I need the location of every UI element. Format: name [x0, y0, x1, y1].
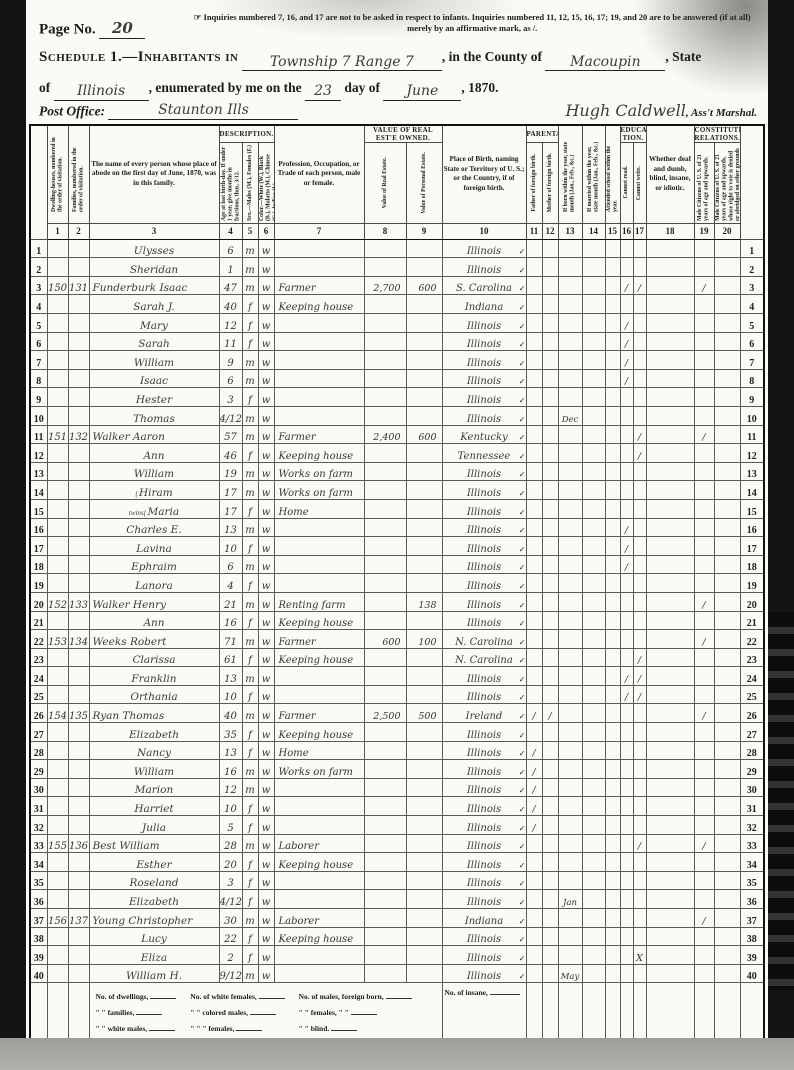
row-number-header-left: [30, 125, 47, 240]
table-row: 19Lanora4fwIllinois✓19: [30, 574, 764, 593]
cell-real-estate-value: 2,500: [364, 704, 406, 723]
cell-personal-estate-value: [406, 778, 442, 797]
cell-family-number: [68, 499, 89, 518]
cell-name: Elizabeth: [89, 723, 219, 742]
cell-mother-foreign-mark: [542, 425, 558, 444]
row-number-right: 37: [740, 909, 764, 928]
cell-sex: m: [242, 834, 258, 853]
cell-birth-month: [558, 276, 582, 295]
tally-check-icon: ✓: [519, 805, 526, 814]
cell-occupation: [274, 778, 364, 797]
cell-occupation: Keeping house: [274, 723, 364, 742]
tally-grid: No. of dwellings, " " families, " " whit…: [89, 983, 442, 1039]
cell-personal-estate-value: [406, 685, 442, 704]
cell-personal-estate-value: [406, 406, 442, 425]
row-number-left: 21: [30, 611, 47, 630]
cell-family-number: [68, 314, 89, 333]
cell-occupation: [274, 388, 364, 407]
cell-deaf-dumb: [646, 537, 694, 556]
cell-vote-denied-mark: [714, 425, 740, 444]
table-row: 39Eliza2fwIllinois✓X39: [30, 946, 764, 965]
cell-dwelling-number: [47, 499, 68, 518]
cell-citizen-mark: [694, 611, 714, 630]
cell-family-number: [68, 481, 89, 500]
cell-cannot-read-mark: [620, 648, 633, 667]
row-number-left: 28: [30, 741, 47, 760]
cell-father-foreign-mark: [526, 388, 542, 407]
cell-dwelling-number: [47, 816, 68, 835]
cell-citizen-mark: [694, 555, 714, 574]
cell-cannot-write-mark: [633, 332, 646, 351]
cell-deaf-dumb: [646, 797, 694, 816]
tally-check-icon: ✓: [519, 861, 526, 870]
cell-real-estate-value: [364, 611, 406, 630]
row-number-right: 15: [740, 499, 764, 518]
cell-married-month: [582, 518, 605, 537]
cell-cannot-write-mark: [633, 964, 646, 983]
cell-citizen-mark: [694, 741, 714, 760]
cell-birth-month: [558, 797, 582, 816]
cell-age: 61: [219, 648, 242, 667]
cell-personal-estate-value: [406, 388, 442, 407]
cell-deaf-dumb: [646, 816, 694, 835]
row-number-left: 4: [30, 295, 47, 314]
cell-birth-month: [558, 853, 582, 872]
cell-name: Elizabeth: [89, 890, 219, 909]
tally-check-icon: ✓: [519, 377, 526, 386]
cell-birth-month: [558, 369, 582, 388]
cell-birth-month: [558, 871, 582, 890]
cell-real-estate-value: [364, 909, 406, 928]
cell-mother-foreign-mark: [542, 537, 558, 556]
cell-birth-month: [558, 704, 582, 723]
cell-cannot-read-mark: /: [620, 314, 633, 333]
cell-family-number: [68, 537, 89, 556]
cell-sex: f: [242, 295, 258, 314]
cell-family-number: [68, 351, 89, 370]
cell-color: w: [258, 741, 274, 760]
group-education: EDUCA-TION.: [620, 125, 646, 143]
cell-father-foreign-mark: [526, 518, 542, 537]
cell-dwelling-number: [47, 667, 68, 686]
col-age-header: Age at last birth-day. If under 1 year, …: [219, 142, 242, 223]
row-number-right: 26: [740, 704, 764, 723]
cell-cannot-write-mark: [633, 499, 646, 518]
cell-birth-month: [558, 258, 582, 277]
cell-sex: m: [242, 369, 258, 388]
cell-vote-denied-mark: [714, 406, 740, 425]
cell-occupation: [274, 555, 364, 574]
day-value: 23: [314, 83, 332, 99]
cell-mother-foreign-mark: [542, 890, 558, 909]
cell-sex: m: [242, 760, 258, 779]
cell-personal-estate-value: [406, 462, 442, 481]
cell-deaf-dumb: [646, 425, 694, 444]
column-number: 13: [558, 223, 582, 239]
cell-color: w: [258, 239, 274, 258]
cell-real-estate-value: [364, 481, 406, 500]
cell-cannot-write-mark: [633, 351, 646, 370]
cell-citizen-mark: [694, 406, 714, 425]
cell-birth-month: [558, 499, 582, 518]
cell-school-mark: [605, 964, 620, 983]
cell-real-estate-value: [364, 406, 406, 425]
row-number-right: 13: [740, 462, 764, 481]
cell-deaf-dumb: [646, 946, 694, 965]
cell-cannot-write-mark: [633, 481, 646, 500]
column-number: 14: [582, 223, 605, 239]
cell-school-mark: [605, 369, 620, 388]
cell-mother-foreign-mark: [542, 444, 558, 463]
footer-spacer: [542, 983, 558, 1039]
cell-age: 35: [219, 723, 242, 742]
cell-married-month: [582, 704, 605, 723]
cell-citizen-mark: [694, 648, 714, 667]
cell-birthplace: Illinois✓: [442, 518, 526, 537]
cell-real-estate-value: [364, 369, 406, 388]
column-number: 1: [47, 223, 68, 239]
cell-color: w: [258, 630, 274, 649]
cell-family-number: [68, 853, 89, 872]
cell-birthplace: N. Carolina✓: [442, 630, 526, 649]
row-number-right: 28: [740, 741, 764, 760]
cell-father-foreign-mark: [526, 462, 542, 481]
cell-sex: f: [242, 871, 258, 890]
cell-sex: f: [242, 648, 258, 667]
cell-birthplace: Indiana✓: [442, 295, 526, 314]
col-vote-denied-header: Male Citizens of U. S. of 21 years of ag…: [714, 142, 740, 223]
cell-deaf-dumb: [646, 890, 694, 909]
cell-real-estate-value: [364, 555, 406, 574]
cell-sex: f: [242, 574, 258, 593]
cell-personal-estate-value: [406, 648, 442, 667]
cell-color: w: [258, 927, 274, 946]
cell-citizen-mark: [694, 574, 714, 593]
cell-deaf-dumb: [646, 834, 694, 853]
cell-occupation: Keeping house: [274, 927, 364, 946]
cell-citizen-mark: [694, 314, 714, 333]
cell-school-mark: [605, 816, 620, 835]
table-row: 18Ephraim6mwIllinois✓/18: [30, 555, 764, 574]
cell-color: w: [258, 685, 274, 704]
cell-citizen-mark: [694, 537, 714, 556]
cell-personal-estate-value: [406, 518, 442, 537]
cell-married-month: [582, 797, 605, 816]
cell-dwelling-number: [47, 890, 68, 909]
row-number-left: 2: [30, 258, 47, 277]
row-number-right: 1: [740, 239, 764, 258]
column-number: 19: [694, 223, 714, 239]
cell-family-number: 136: [68, 834, 89, 853]
cell-cannot-read-mark: [620, 723, 633, 742]
cell-married-month: [582, 760, 605, 779]
row-number-left: 26: [30, 704, 47, 723]
cell-citizen-mark: [694, 295, 714, 314]
column-number: 5: [242, 223, 258, 239]
cell-age: 4/12: [219, 406, 242, 425]
table-row: 20152133Walker Henry21mwRenting farm138I…: [30, 592, 764, 611]
cell-name: Sarah: [89, 332, 219, 351]
table-row: 9Hester3fwIllinois✓9: [30, 388, 764, 407]
cell-deaf-dumb: [646, 481, 694, 500]
cell-color: w: [258, 778, 274, 797]
cell-deaf-dumb: [646, 704, 694, 723]
cell-deaf-dumb: [646, 927, 694, 946]
cell-deaf-dumb: [646, 964, 694, 983]
cell-birth-month: [558, 462, 582, 481]
cell-age: 3: [219, 388, 242, 407]
cell-mother-foreign-mark: [542, 481, 558, 500]
cell-name: Lucy: [89, 927, 219, 946]
cell-name: Roseland: [89, 871, 219, 890]
cell-married-month: [582, 890, 605, 909]
cell-father-foreign-mark: /: [526, 797, 542, 816]
row-number-right: 5: [740, 314, 764, 333]
cell-citizen-mark: /: [694, 630, 714, 649]
row-number-left: 9: [30, 388, 47, 407]
cell-school-mark: [605, 537, 620, 556]
column-number: 12: [542, 223, 558, 239]
cell-birth-month: [558, 760, 582, 779]
day-of-label: day of: [344, 80, 380, 95]
cell-personal-estate-value: [406, 444, 442, 463]
cell-occupation: Home: [274, 741, 364, 760]
cell-married-month: [582, 425, 605, 444]
cell-deaf-dumb: [646, 462, 694, 481]
cell-age: 6: [219, 555, 242, 574]
cell-sex: m: [242, 909, 258, 928]
cell-school-mark: [605, 704, 620, 723]
cell-mother-foreign-mark: [542, 927, 558, 946]
cell-occupation: [274, 871, 364, 890]
cell-occupation: Farmer: [274, 704, 364, 723]
cell-mother-foreign-mark: [542, 499, 558, 518]
cell-personal-estate-value: [406, 332, 442, 351]
cell-school-mark: [605, 667, 620, 686]
cell-name: William H.: [89, 964, 219, 983]
cell-family-number: [68, 332, 89, 351]
cell-cannot-write-mark: [633, 611, 646, 630]
cell-cannot-write-mark: [633, 388, 646, 407]
cell-birth-month: [558, 518, 582, 537]
cell-family-number: [68, 518, 89, 537]
column-number: 6: [258, 223, 274, 239]
cell-birth-month: [558, 537, 582, 556]
col-father-foreign-header: Father of foreign birth.: [526, 142, 542, 223]
cell-father-foreign-mark: [526, 964, 542, 983]
cell-married-month: [582, 871, 605, 890]
cell-age: 10: [219, 685, 242, 704]
cell-citizen-mark: [694, 760, 714, 779]
cell-mother-foreign-mark: [542, 592, 558, 611]
cell-deaf-dumb: [646, 574, 694, 593]
cell-color: w: [258, 462, 274, 481]
row-number-left: 27: [30, 723, 47, 742]
row-number-left: 7: [30, 351, 47, 370]
cell-name: Lavina: [89, 537, 219, 556]
cell-cannot-read-mark: [620, 853, 633, 872]
cell-deaf-dumb: [646, 444, 694, 463]
cell-personal-estate-value: [406, 314, 442, 333]
cell-cannot-read-mark: [620, 909, 633, 928]
cell-married-month: [582, 314, 605, 333]
cell-birthplace: Illinois✓: [442, 760, 526, 779]
table-header: Dwelling-houses, numbered in the order o…: [30, 125, 764, 240]
row-number-right: 18: [740, 555, 764, 574]
cell-dwelling-number: 152: [47, 592, 68, 611]
cell-cannot-read-mark: [620, 499, 633, 518]
footer-spacer: [558, 983, 582, 1039]
cell-personal-estate-value: 138: [406, 592, 442, 611]
cell-personal-estate-value: 100: [406, 630, 442, 649]
row-number-right: 30: [740, 778, 764, 797]
cell-married-month: [582, 723, 605, 742]
cell-sex: f: [242, 388, 258, 407]
cell-name: Ann: [89, 444, 219, 463]
cell-father-foreign-mark: [526, 314, 542, 333]
table-row: 34Esther20fwKeeping houseIllinois✓34: [30, 853, 764, 872]
cell-cannot-write-mark: [633, 741, 646, 760]
cell-father-foreign-mark: [526, 406, 542, 425]
cell-birthplace: Illinois✓: [442, 741, 526, 760]
cell-deaf-dumb: [646, 239, 694, 258]
row-number-right: 12: [740, 444, 764, 463]
cell-color: w: [258, 537, 274, 556]
cell-age: 6: [219, 369, 242, 388]
cell-vote-denied-mark: [714, 834, 740, 853]
cell-vote-denied-mark: [714, 388, 740, 407]
cell-cannot-read-mark: [620, 462, 633, 481]
cell-family-number: [68, 239, 89, 258]
cell-mother-foreign-mark: [542, 797, 558, 816]
cell-birthplace: Illinois✓: [442, 574, 526, 593]
col-personal-estate-header: Value of Personal Estate.: [406, 142, 442, 223]
cell-citizen-mark: [694, 444, 714, 463]
cell-dwelling-number: [47, 239, 68, 258]
cell-cannot-write-mark: [633, 592, 646, 611]
cell-birthplace: Illinois✓: [442, 778, 526, 797]
cell-cannot-write-mark: [633, 816, 646, 835]
cell-birthplace: Illinois✓: [442, 890, 526, 909]
cell-color: w: [258, 592, 274, 611]
cell-father-foreign-mark: /: [526, 741, 542, 760]
cell-birth-month: [558, 444, 582, 463]
cell-father-foreign-mark: [526, 481, 542, 500]
cell-deaf-dumb: [646, 630, 694, 649]
cell-personal-estate-value: [406, 239, 442, 258]
cell-married-month: [582, 295, 605, 314]
cell-color: w: [258, 909, 274, 928]
cell-deaf-dumb: [646, 295, 694, 314]
cell-deaf-dumb: [646, 388, 694, 407]
cell-personal-estate-value: [406, 611, 442, 630]
cell-deaf-dumb: [646, 741, 694, 760]
cell-dwelling-number: 156: [47, 909, 68, 928]
cell-citizen-mark: /: [694, 276, 714, 295]
cell-cannot-write-mark: [633, 723, 646, 742]
cell-family-number: [68, 406, 89, 425]
cell-deaf-dumb: [646, 258, 694, 277]
tally-check-icon: ✓: [519, 340, 526, 349]
cell-family-number: [68, 369, 89, 388]
cell-family-number: [68, 295, 89, 314]
cell-personal-estate-value: [406, 537, 442, 556]
cell-age: 20: [219, 853, 242, 872]
table-row: 27Elizabeth35fwKeeping houseIllinois✓27: [30, 723, 764, 742]
row-number-right: 33: [740, 834, 764, 853]
cell-cannot-read-mark: [620, 258, 633, 277]
cell-mother-foreign-mark: [542, 946, 558, 965]
cell-family-number: [68, 462, 89, 481]
cell-dwelling-number: [47, 778, 68, 797]
cell-dwelling-number: [47, 537, 68, 556]
row-number-left: 13: [30, 462, 47, 481]
cell-color: w: [258, 834, 274, 853]
tally-check-icon: ✓: [519, 749, 526, 758]
tally-check-icon: ✓: [519, 935, 526, 944]
cell-real-estate-value: [364, 723, 406, 742]
table-row: 16Charles E.13mwIllinois✓/16: [30, 518, 764, 537]
row-number-right: 21: [740, 611, 764, 630]
cell-birth-month: [558, 630, 582, 649]
table-row: 35Roseland3fwIllinois✓35: [30, 871, 764, 890]
cell-mother-foreign-mark: [542, 462, 558, 481]
cell-color: w: [258, 388, 274, 407]
cell-married-month: [582, 276, 605, 295]
cell-color: w: [258, 723, 274, 742]
table-row: 30Marion12mwIllinois✓/30: [30, 778, 764, 797]
col-married-month-header: If married within the year, state month …: [582, 125, 605, 224]
cell-cannot-read-mark: [620, 406, 633, 425]
cell-vote-denied-mark: [714, 946, 740, 965]
cell-name: Weeks Robert: [89, 630, 219, 649]
cell-sex: f: [242, 611, 258, 630]
cell-father-foreign-mark: [526, 258, 542, 277]
cell-vote-denied-mark: [714, 444, 740, 463]
cell-real-estate-value: [364, 648, 406, 667]
cell-father-foreign-mark: [526, 574, 542, 593]
cell-birthplace: Illinois✓: [442, 685, 526, 704]
cell-father-foreign-mark: [526, 369, 542, 388]
cell-school-mark: [605, 946, 620, 965]
cell-sex: f: [242, 685, 258, 704]
cell-father-foreign-mark: [526, 276, 542, 295]
column-numbers-row: 1 2 3 4 5 6 7 8 9 10 11 12 13 14 15 16 1…: [30, 223, 764, 239]
footer-spacer: [30, 983, 47, 1039]
cell-cannot-read-mark: [620, 704, 633, 723]
cell-citizen-mark: [694, 518, 714, 537]
tally-check-icon: ✓: [519, 433, 526, 442]
tally-check-icon: ✓: [519, 359, 526, 368]
row-number-left: 23: [30, 648, 47, 667]
row-number-left: 1: [30, 239, 47, 258]
tally-check-icon: ✓: [519, 917, 526, 926]
cell-vote-denied-mark: [714, 481, 740, 500]
cell-citizen-mark: [694, 927, 714, 946]
schedule-label: Schedule 1.—Inhabitants in: [39, 49, 238, 65]
row-number-left: 38: [30, 927, 47, 946]
cell-mother-foreign-mark: [542, 276, 558, 295]
cell-cannot-write-mark: [633, 760, 646, 779]
cell-personal-estate-value: [406, 760, 442, 779]
cell-dwelling-number: 154: [47, 704, 68, 723]
cell-dwelling-number: [47, 611, 68, 630]
tally-check-icon: ✓: [519, 489, 526, 498]
row-number-left: 19: [30, 574, 47, 593]
cell-family-number: [68, 685, 89, 704]
cell-father-foreign-mark: [526, 611, 542, 630]
table-row: 38Lucy22fwKeeping houseIllinois✓38: [30, 927, 764, 946]
